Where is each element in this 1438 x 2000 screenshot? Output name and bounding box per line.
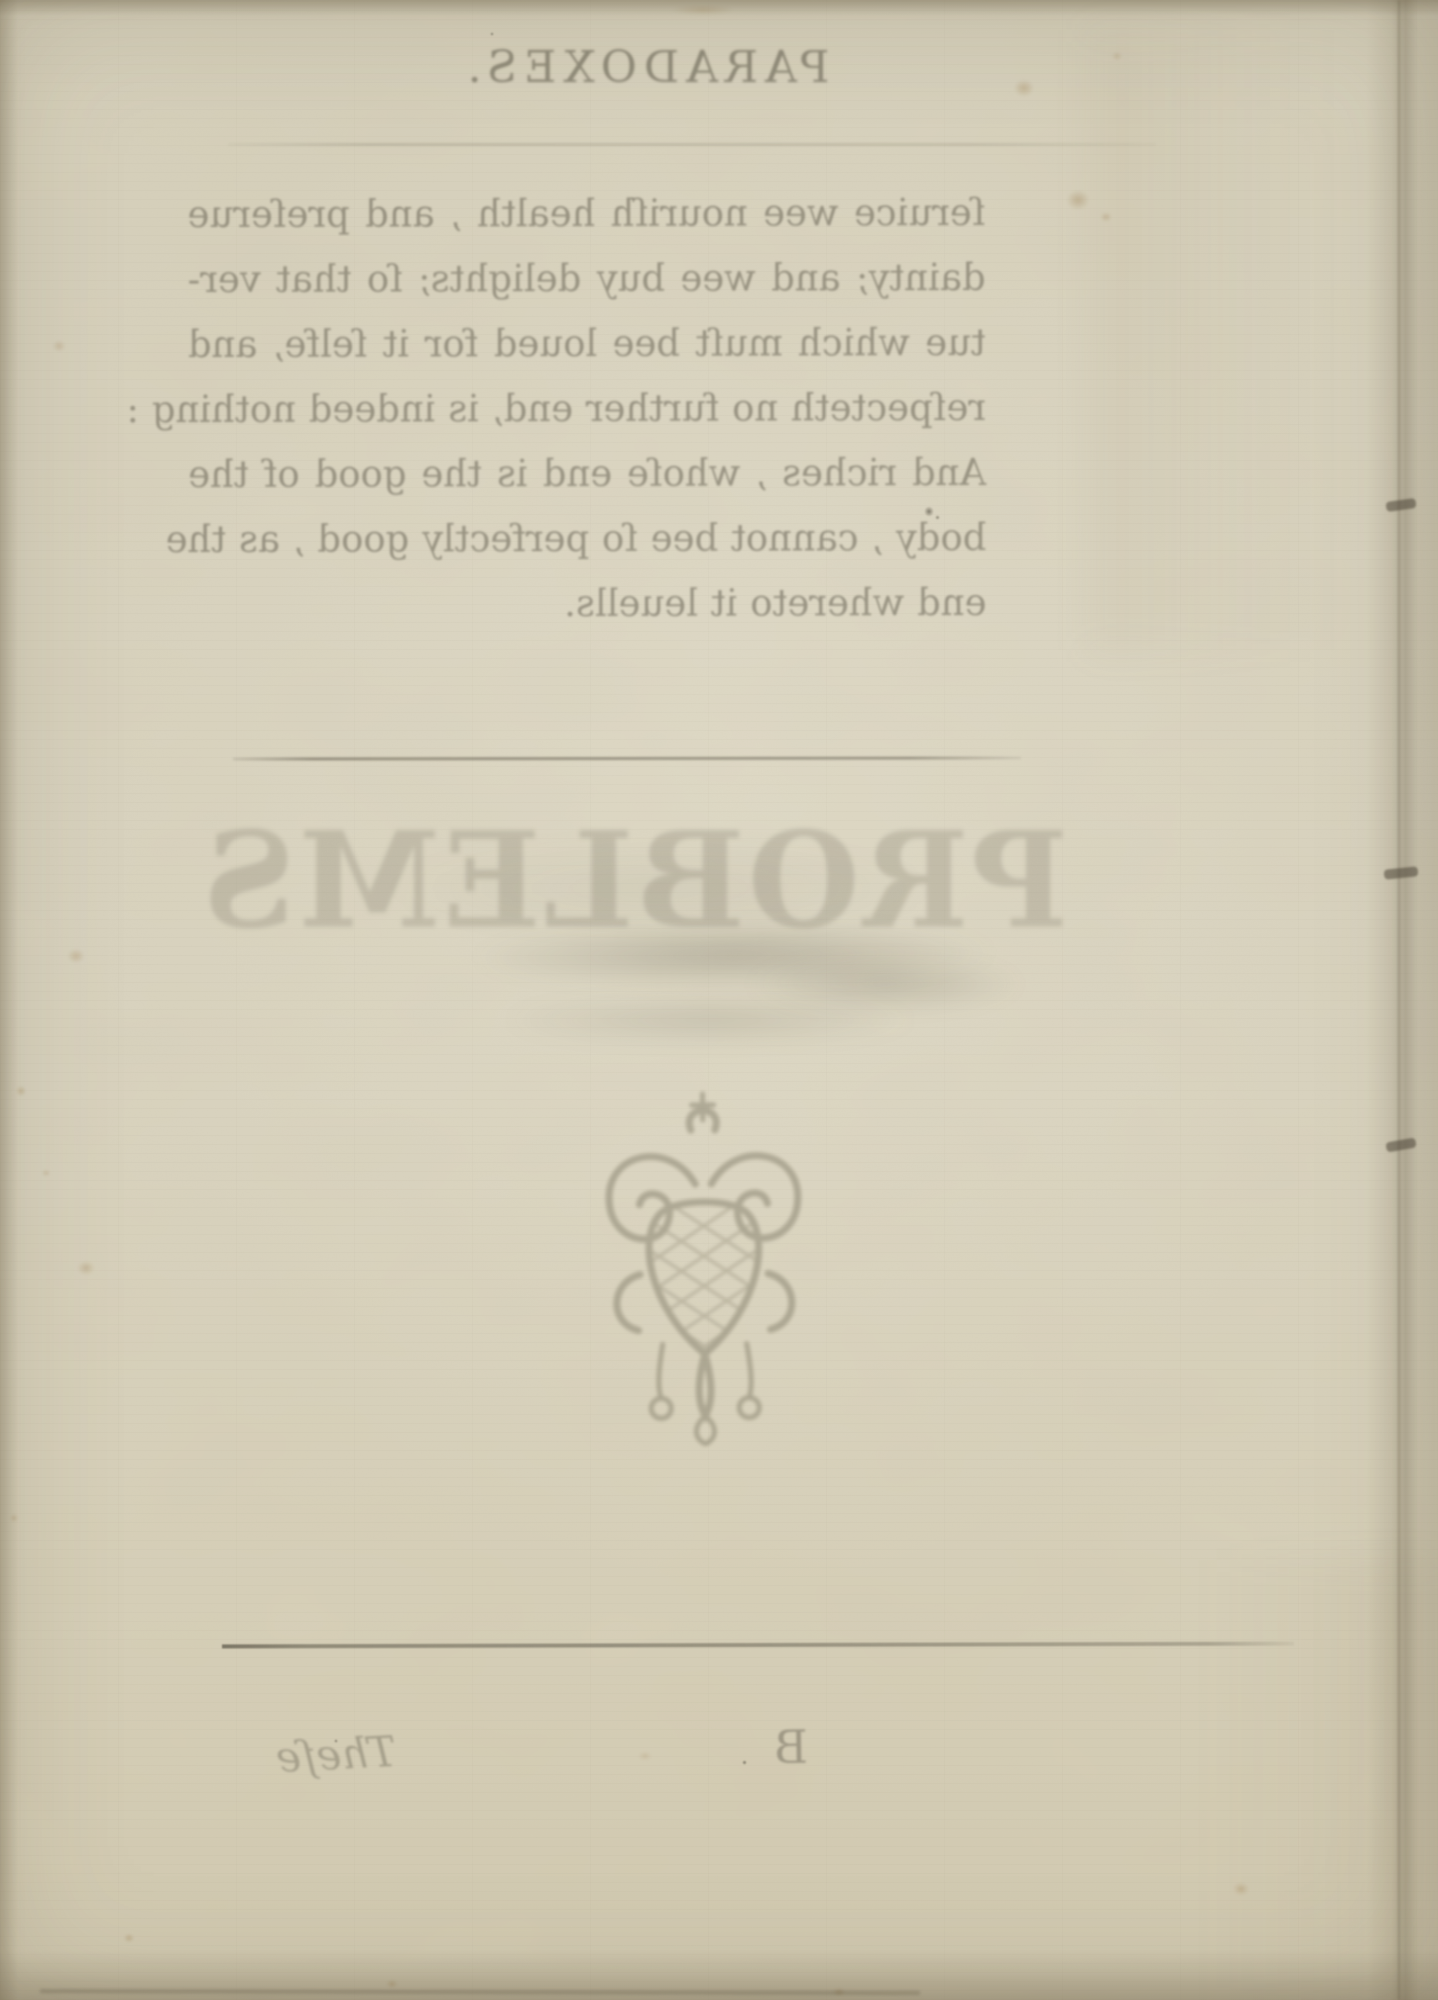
paragraph-line: ſeruice wee nouriſh health , and preſeru…: [187, 180, 985, 247]
foxing-stain: [1110, 50, 1124, 62]
showthrough-section-title: PROBLEMS: [232, 804, 1068, 959]
signature-mark: B: [756, 1719, 827, 1774]
running-head-rule: [228, 143, 1156, 146]
printers-ornament-drawing: [572, 1085, 835, 1447]
water-stain-wash: [1090, 30, 1340, 650]
ink-speck: [741, 1759, 748, 1766]
foxing-stain: [74, 1258, 98, 1278]
page-edge-crease: [1398, 0, 1400, 2000]
page-edge-left: [0, 0, 18, 2000]
foxing-stain: [122, 1932, 136, 1944]
paragraph-line: reſpecteth no further end, is indeed not…: [188, 375, 986, 442]
paragraph-line: tue which muſt bee loued for it ſelfe, a…: [188, 310, 986, 377]
ink-speck: [489, 31, 495, 37]
footer-rule: [222, 1642, 1294, 1649]
paragraph-line: body , cannot bee ſo perfectly good , as…: [188, 505, 986, 572]
foxing-stain: [636, 1750, 654, 1762]
showthrough-running-head: PARADOXES.: [445, 42, 845, 93]
foxing-stain: [1230, 1880, 1252, 1898]
page-edge-right: [1366, 0, 1438, 2000]
foxing-stain: [1098, 210, 1114, 224]
foxing-stain: [50, 338, 68, 354]
foxing-stain: [1010, 76, 1038, 100]
foxing-stain: [40, 1168, 52, 1178]
foxing-stain: [1062, 186, 1094, 214]
paragraph-line: end whereto it leuells.: [188, 570, 986, 637]
showthrough-imprint-smudge: [430, 988, 990, 1052]
paragraph-line: dainty; and wee buy delights; ſo that ve…: [188, 245, 986, 312]
showthrough-paragraph: ſeruice wee nouriſh health , and preſeru…: [187, 180, 986, 637]
book-page-scan: PARADOXES. ſeruice wee nouriſh health , …: [0, 0, 1438, 2000]
ink-speck: [333, 1738, 339, 1744]
printers-ornament: [572, 1085, 835, 1447]
catchword: Theſe: [245, 1725, 427, 1783]
foxing-stain: [64, 946, 88, 966]
section-divider-rule: [233, 756, 1021, 760]
page-edge-top: [0, 0, 1438, 16]
ink-speck: [934, 514, 941, 521]
paragraph-line: And riches , whoſe end is the good of th…: [188, 440, 986, 507]
